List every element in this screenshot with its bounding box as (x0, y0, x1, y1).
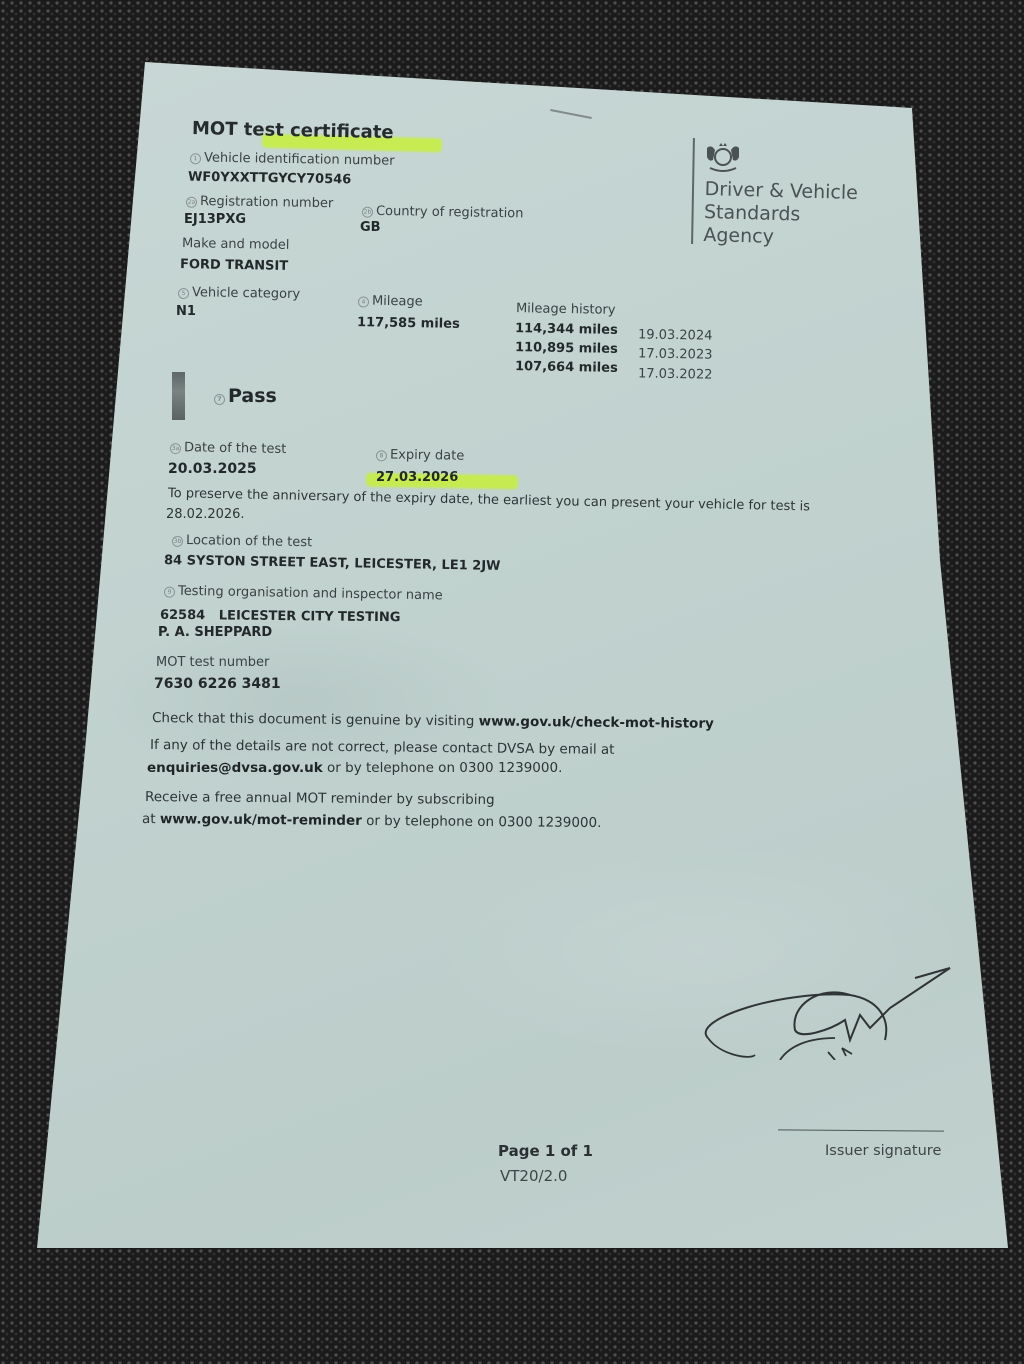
inspector-name: P. A. SHEPPARD (158, 625, 272, 640)
testing-org-name: LEICESTER CITY TESTING (219, 608, 401, 625)
location-label: 3bLocation of the test (172, 533, 312, 550)
make-model-label: Make and model (182, 236, 290, 253)
vehicle-category-label: 5Vehicle category (178, 285, 300, 302)
registration-label: 2aRegistration number (186, 194, 334, 212)
registration-value: EJ13PXG (184, 212, 246, 227)
field-marker-icon: 8 (376, 450, 387, 461)
result-bar (172, 372, 185, 420)
check-mot-history-link[interactable]: www.gov.uk/check-mot-history (479, 713, 714, 731)
field-marker-icon: 2a (186, 197, 197, 208)
mileage-history-date: 17.03.2022 (638, 366, 713, 382)
field-marker-icon: 3b (172, 536, 183, 547)
field-marker-icon: 5 (178, 288, 189, 299)
issuer-signature-label: Issuer signature (825, 1143, 941, 1159)
field-marker-icon: 9 (164, 587, 175, 598)
certificate-title: MOT test certificate (192, 118, 394, 143)
earliest-test-date: 28.02.2026. (166, 507, 245, 522)
mileage-history-miles: 110,895 miles (515, 340, 618, 357)
testing-org-number: 62584 (160, 608, 205, 623)
issuer-signature (700, 960, 960, 1060)
field-marker-icon: 4 (358, 296, 369, 307)
field-marker-icon: 1 (190, 153, 201, 164)
royal-coat-of-arms-icon (702, 142, 744, 178)
vehicle-category-value: N1 (176, 304, 196, 319)
reminder-text-line1: Receive a free annual MOT reminder by su… (145, 789, 495, 808)
test-number-value: 7630 6226 3481 (154, 676, 281, 692)
mileage-history-miles: 107,664 miles (515, 359, 618, 376)
testing-org-value: 62584 LEICESTER CITY TESTING (160, 608, 401, 626)
make-model-value: FORD TRANSIT (180, 257, 288, 274)
test-date-value: 20.03.2025 (168, 461, 257, 477)
form-code: VT20/2.0 (500, 1167, 567, 1185)
contact-text-line2: enquiries@dvsa.gov.uk or by telephone on… (147, 760, 562, 776)
agency-name-line3: Agency (703, 224, 857, 251)
mileage-value: 117,585 miles (357, 315, 460, 332)
dvsa-email-link[interactable]: enquiries@dvsa.gov.uk (147, 760, 323, 776)
expiry-date-value: 27.03.2026 (376, 470, 458, 485)
mileage-label: 4Mileage (358, 293, 423, 309)
agency-name: Driver & Vehicle Standards Agency (703, 178, 858, 251)
mileage-history-miles: 114,344 miles (515, 321, 618, 338)
test-number-label: MOT test number (156, 655, 269, 670)
page-indicator: Page 1 of 1 (498, 1142, 593, 1160)
expiry-date-label: 8Expiry date (376, 447, 465, 464)
test-result: 7Pass (214, 385, 277, 407)
mileage-history-date: 17.03.2023 (638, 346, 713, 362)
mileage-history-label: Mileage history (516, 301, 616, 318)
field-marker-icon: 7 (214, 394, 225, 405)
field-marker-icon: 2b (362, 207, 373, 218)
field-marker-icon: 3a (170, 443, 181, 454)
vin-value: WF0YXXTTGYCY70546 (188, 170, 352, 188)
country-label: 2bCountry of registration (362, 204, 524, 222)
country-value: GB (360, 220, 381, 235)
mot-reminder-link[interactable]: www.gov.uk/mot-reminder (160, 811, 362, 829)
test-date-label: 3aDate of the test (170, 440, 287, 457)
mileage-history-date: 19.03.2024 (638, 327, 713, 343)
